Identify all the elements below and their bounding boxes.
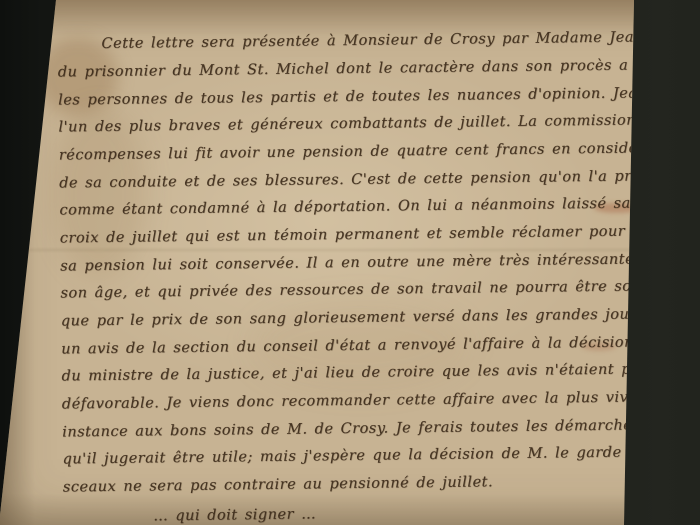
handwriting-line: sa pension lui soit conservée. Il a en o… <box>60 252 639 274</box>
handwriting-line: du prisonnier du Mont St. Michel dont le… <box>58 58 700 80</box>
handwriting-line: croix de juillet qui est un témoin perma… <box>60 224 661 246</box>
handwriting-line: les personnes de tous les partis et de t… <box>58 86 695 108</box>
handwriting-line: sceaux ne sera pas contraire au pensionn… <box>63 475 493 495</box>
handwriting-line: l'un des plus braves et généreux combatt… <box>58 113 670 135</box>
handwriting-line: du ministre de la justice, et j'ai lieu … <box>61 362 648 384</box>
handwriting-line: défavorable. Je viens donc recommander c… <box>62 391 638 413</box>
handwriting-line: son âge, et qui privée des ressources de… <box>60 279 685 301</box>
handwriting-line: instance aux bons soins de M. de Crosy. … <box>62 418 640 440</box>
handwriting-line-partial: … qui doit signer … <box>153 507 316 523</box>
handwriting-line: de sa conduite et de ses blessures. C'es… <box>59 169 655 191</box>
letter-paper: Cette lettre sera présentée à Monsieur d… <box>0 0 700 525</box>
handwriting-line: un avis de la section du conseil d'état … <box>61 336 634 357</box>
handwriting-line: Cette lettre sera présentée à Monsieur d… <box>101 30 700 52</box>
photograph: Cette lettre sera présentée à Monsieur d… <box>0 0 700 525</box>
handwriting-line: comme étant condamné à la déportation. O… <box>59 197 630 218</box>
handwriting-line: qu'il jugerait être utile; mais j'espère… <box>62 445 655 467</box>
handwriting: Cette lettre sera présentée à Monsieur d… <box>0 0 700 525</box>
handwriting-line: récompenses lui fit avoir une pension de… <box>59 141 685 163</box>
handwriting-line: que par le prix de son sang glorieusemen… <box>61 307 673 329</box>
